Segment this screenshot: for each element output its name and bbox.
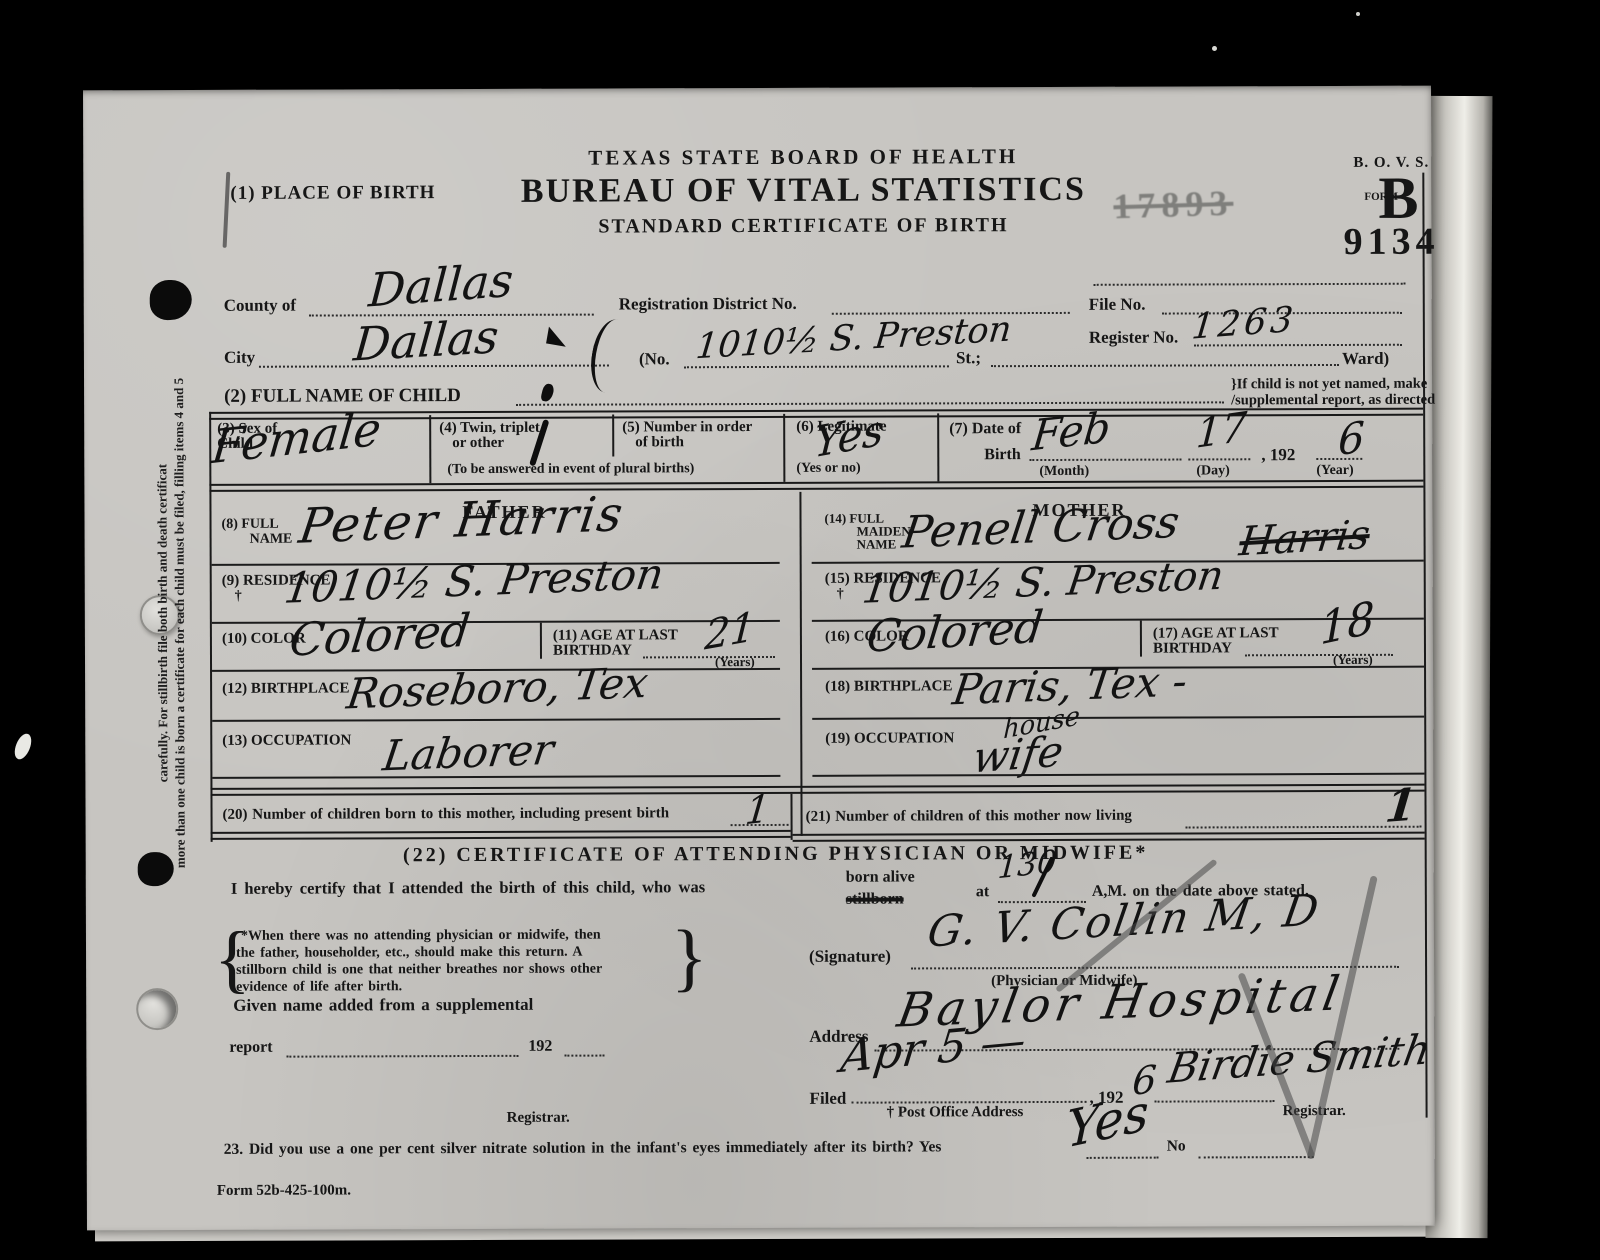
divider xyxy=(1140,621,1142,657)
mother-name-value: Penell Cross xyxy=(900,501,1182,556)
stillborn-option: stillborn xyxy=(846,891,904,908)
board-title: TEXAS STATE BOARD OF HEALTH xyxy=(363,144,1243,169)
form-header: TEXAS STATE BOARD OF HEALTH BUREAU OF VI… xyxy=(363,144,1243,238)
report-year: 192 xyxy=(528,1039,552,1056)
double-rule xyxy=(211,830,791,840)
form-reference: Form 52b-425-100m. xyxy=(217,1183,351,1199)
footnote-line-4: evidence of life after birth. xyxy=(236,980,402,995)
pen-blot xyxy=(540,383,555,403)
dotted-rule xyxy=(684,365,949,368)
dotted-rule xyxy=(852,1101,1087,1104)
rule xyxy=(212,775,780,779)
pencil-stroke xyxy=(223,172,231,248)
father-color-value: Colored xyxy=(287,607,472,662)
date-label-2: Birth xyxy=(984,447,1021,464)
mother-name-label-3: NAME xyxy=(857,538,897,552)
legitimate-note: (Yes or no) xyxy=(796,462,860,477)
register-no-value: 1263 xyxy=(1190,303,1298,346)
footnote-line-1: *When there was no attending physician o… xyxy=(241,929,601,945)
double-rule xyxy=(210,784,1424,796)
birth-day-value: 17 xyxy=(1195,407,1248,455)
double-rule xyxy=(209,480,1423,492)
year-prefix: , 192 xyxy=(1261,446,1295,464)
signature-label: (Signature) xyxy=(809,948,891,966)
divider xyxy=(540,623,542,659)
father-occupation-value: Laborer xyxy=(380,729,556,778)
grid-divider xyxy=(937,413,939,481)
register-no-label: Register No. xyxy=(1089,329,1178,347)
dotted-rule xyxy=(1087,1157,1159,1159)
dotted-rule xyxy=(1094,283,1406,286)
dotted-rule xyxy=(991,364,1339,367)
dagger-mark: † xyxy=(235,590,242,605)
dotted-rule xyxy=(731,824,789,826)
month-label: (Month) xyxy=(1039,465,1089,480)
children-born-label: (20) Number of children born to this mot… xyxy=(223,806,670,823)
father-birthplace-label: (12) BIRTHPLACE xyxy=(222,681,349,697)
bovs-form-block: B. O. V. S. FORM B 9134 xyxy=(1301,155,1481,259)
county-value: Dallas xyxy=(367,257,514,314)
legitimate-value: Yes xyxy=(813,409,885,465)
registrar-left-label: Registrar. xyxy=(507,1111,570,1127)
year-label: (Year) xyxy=(1316,464,1353,479)
street-st-label: St.; xyxy=(956,349,981,367)
dotted-rule xyxy=(1188,458,1250,460)
punch-hole xyxy=(136,988,178,1030)
dotted-rule xyxy=(564,1055,604,1057)
post-office-label: † Post Office Address xyxy=(887,1105,1024,1121)
born-alive-option: born alive xyxy=(846,869,915,886)
grid-divider xyxy=(612,415,614,457)
father-name-label-2: NAME xyxy=(250,533,293,548)
q23-answer-value: Yes xyxy=(1066,1086,1150,1155)
birth-year-value: 6 xyxy=(1338,416,1366,462)
standard-title: STANDARD CERTIFICATE OF BIRTH xyxy=(363,214,1243,238)
scan-speck xyxy=(1212,46,1217,51)
father-birthplace-value: Roseboro, Tex xyxy=(344,662,650,716)
street-no-label: (No. xyxy=(639,350,670,368)
father-name-label-1: (8) FULL xyxy=(222,518,279,533)
mother-occupation-label: (19) OCCUPATION xyxy=(825,731,954,747)
dotted-rule xyxy=(516,401,1224,405)
margin-line-inner: more than one child is born a certificat… xyxy=(170,263,190,983)
child-name-label: (2) FULL NAME OF CHILD xyxy=(224,386,461,407)
registrar-signature: Birdie Smith xyxy=(1165,1029,1434,1090)
registration-district-label: Registration District No. xyxy=(619,295,797,313)
pen-blot xyxy=(546,327,569,347)
certify-text: I hereby certify that I attended the bir… xyxy=(231,878,705,897)
county-label: County of xyxy=(224,297,296,315)
father-residence-value: 1010½ S. Preston xyxy=(282,553,666,610)
given-name-text: Given name added from a supplemental xyxy=(233,996,533,1015)
dotted-rule xyxy=(286,1055,518,1058)
mother-occupation-value-2: wife xyxy=(970,730,1065,779)
children-living-value: 1 xyxy=(1383,783,1418,830)
stamp-number: 17893 xyxy=(1113,185,1234,226)
mother-years-label: (Years) xyxy=(1333,653,1373,667)
footnote-line-3: stillborn child is one that neither brea… xyxy=(236,963,602,979)
dotted-rule xyxy=(1199,1156,1314,1158)
brace-right: } xyxy=(671,918,708,998)
not-named-note-2: /supplemental report, as directed xyxy=(1231,393,1435,409)
twin-label-2: or other xyxy=(452,436,504,452)
filed-label: Filed xyxy=(810,1090,847,1108)
dotted-rule xyxy=(1155,1100,1275,1102)
day-label: (Day) xyxy=(1196,464,1229,479)
form-word-vertical: FORM xyxy=(1364,192,1376,203)
mother-age-label-2: BIRTHDAY xyxy=(1153,641,1232,657)
form-number: 9134 xyxy=(1301,223,1481,260)
grid-divider xyxy=(429,415,431,483)
dotted-rule xyxy=(1316,458,1362,460)
father-name-value: Peter Harris xyxy=(296,490,627,551)
birth-month-value: Feb xyxy=(1030,406,1112,457)
form-letter: B xyxy=(1378,171,1418,223)
at-label: at xyxy=(976,884,989,901)
report-label: report xyxy=(229,1040,272,1057)
not-named-note-1: }If child is not yet named, make xyxy=(1231,377,1427,393)
father-age-value: 21 xyxy=(704,607,757,657)
certificate-paper: carefully. For stillbirth file both birt… xyxy=(83,86,1435,1231)
order-label-2: of birth xyxy=(635,435,684,451)
footnote-line-2: the father, householder, etc., should ma… xyxy=(236,946,583,962)
plural-note: (To be answered in event of plural birth… xyxy=(447,462,694,478)
city-value: Dallas xyxy=(352,313,500,367)
father-occupation-label: (13) OCCUPATION xyxy=(222,733,351,749)
margin-instructions: carefully. For stillbirth file both birt… xyxy=(153,263,194,983)
rule xyxy=(812,716,1424,720)
scanned-birth-certificate: carefully. For stillbirth file both birt… xyxy=(0,0,1600,1260)
mother-color-value: Colored xyxy=(864,606,1045,660)
father-age-label-2: BIRTHDAY xyxy=(553,643,632,659)
pen-curve xyxy=(586,316,630,394)
date-label-1: (7) Date of xyxy=(949,421,1021,438)
dagger-mark: † xyxy=(837,588,844,603)
file-no-label: File No. xyxy=(1089,296,1146,314)
mother-birthplace-label: (18) BIRTHPLACE xyxy=(825,679,952,695)
rule xyxy=(212,718,780,722)
mother-name-struck: Harris xyxy=(1237,515,1372,563)
scan-speck xyxy=(11,731,34,761)
dotted-rule xyxy=(1029,459,1181,462)
dotted-rule xyxy=(1194,344,1402,347)
city-label: City xyxy=(224,349,255,367)
father-years-label: (Years) xyxy=(715,655,755,669)
grid-divider xyxy=(783,414,785,482)
ward-label: Ward) xyxy=(1342,350,1389,368)
double-rule xyxy=(793,832,1425,842)
silver-nitrate-question: 23. Did you use a one per cent silver ni… xyxy=(224,1139,942,1158)
center-divider xyxy=(799,492,802,836)
bureau-title: BUREAU OF VITAL STATISTICS xyxy=(363,171,1243,210)
scan-speck xyxy=(1356,12,1360,16)
children-living-label: (21) Number of children of this mother n… xyxy=(806,809,1132,826)
no-label: No xyxy=(1167,1139,1186,1155)
second-page-edge xyxy=(1426,96,1493,1238)
page-right-rule xyxy=(1422,173,1427,1118)
mother-age-value: 18 xyxy=(1320,596,1375,653)
rule xyxy=(812,773,1424,777)
